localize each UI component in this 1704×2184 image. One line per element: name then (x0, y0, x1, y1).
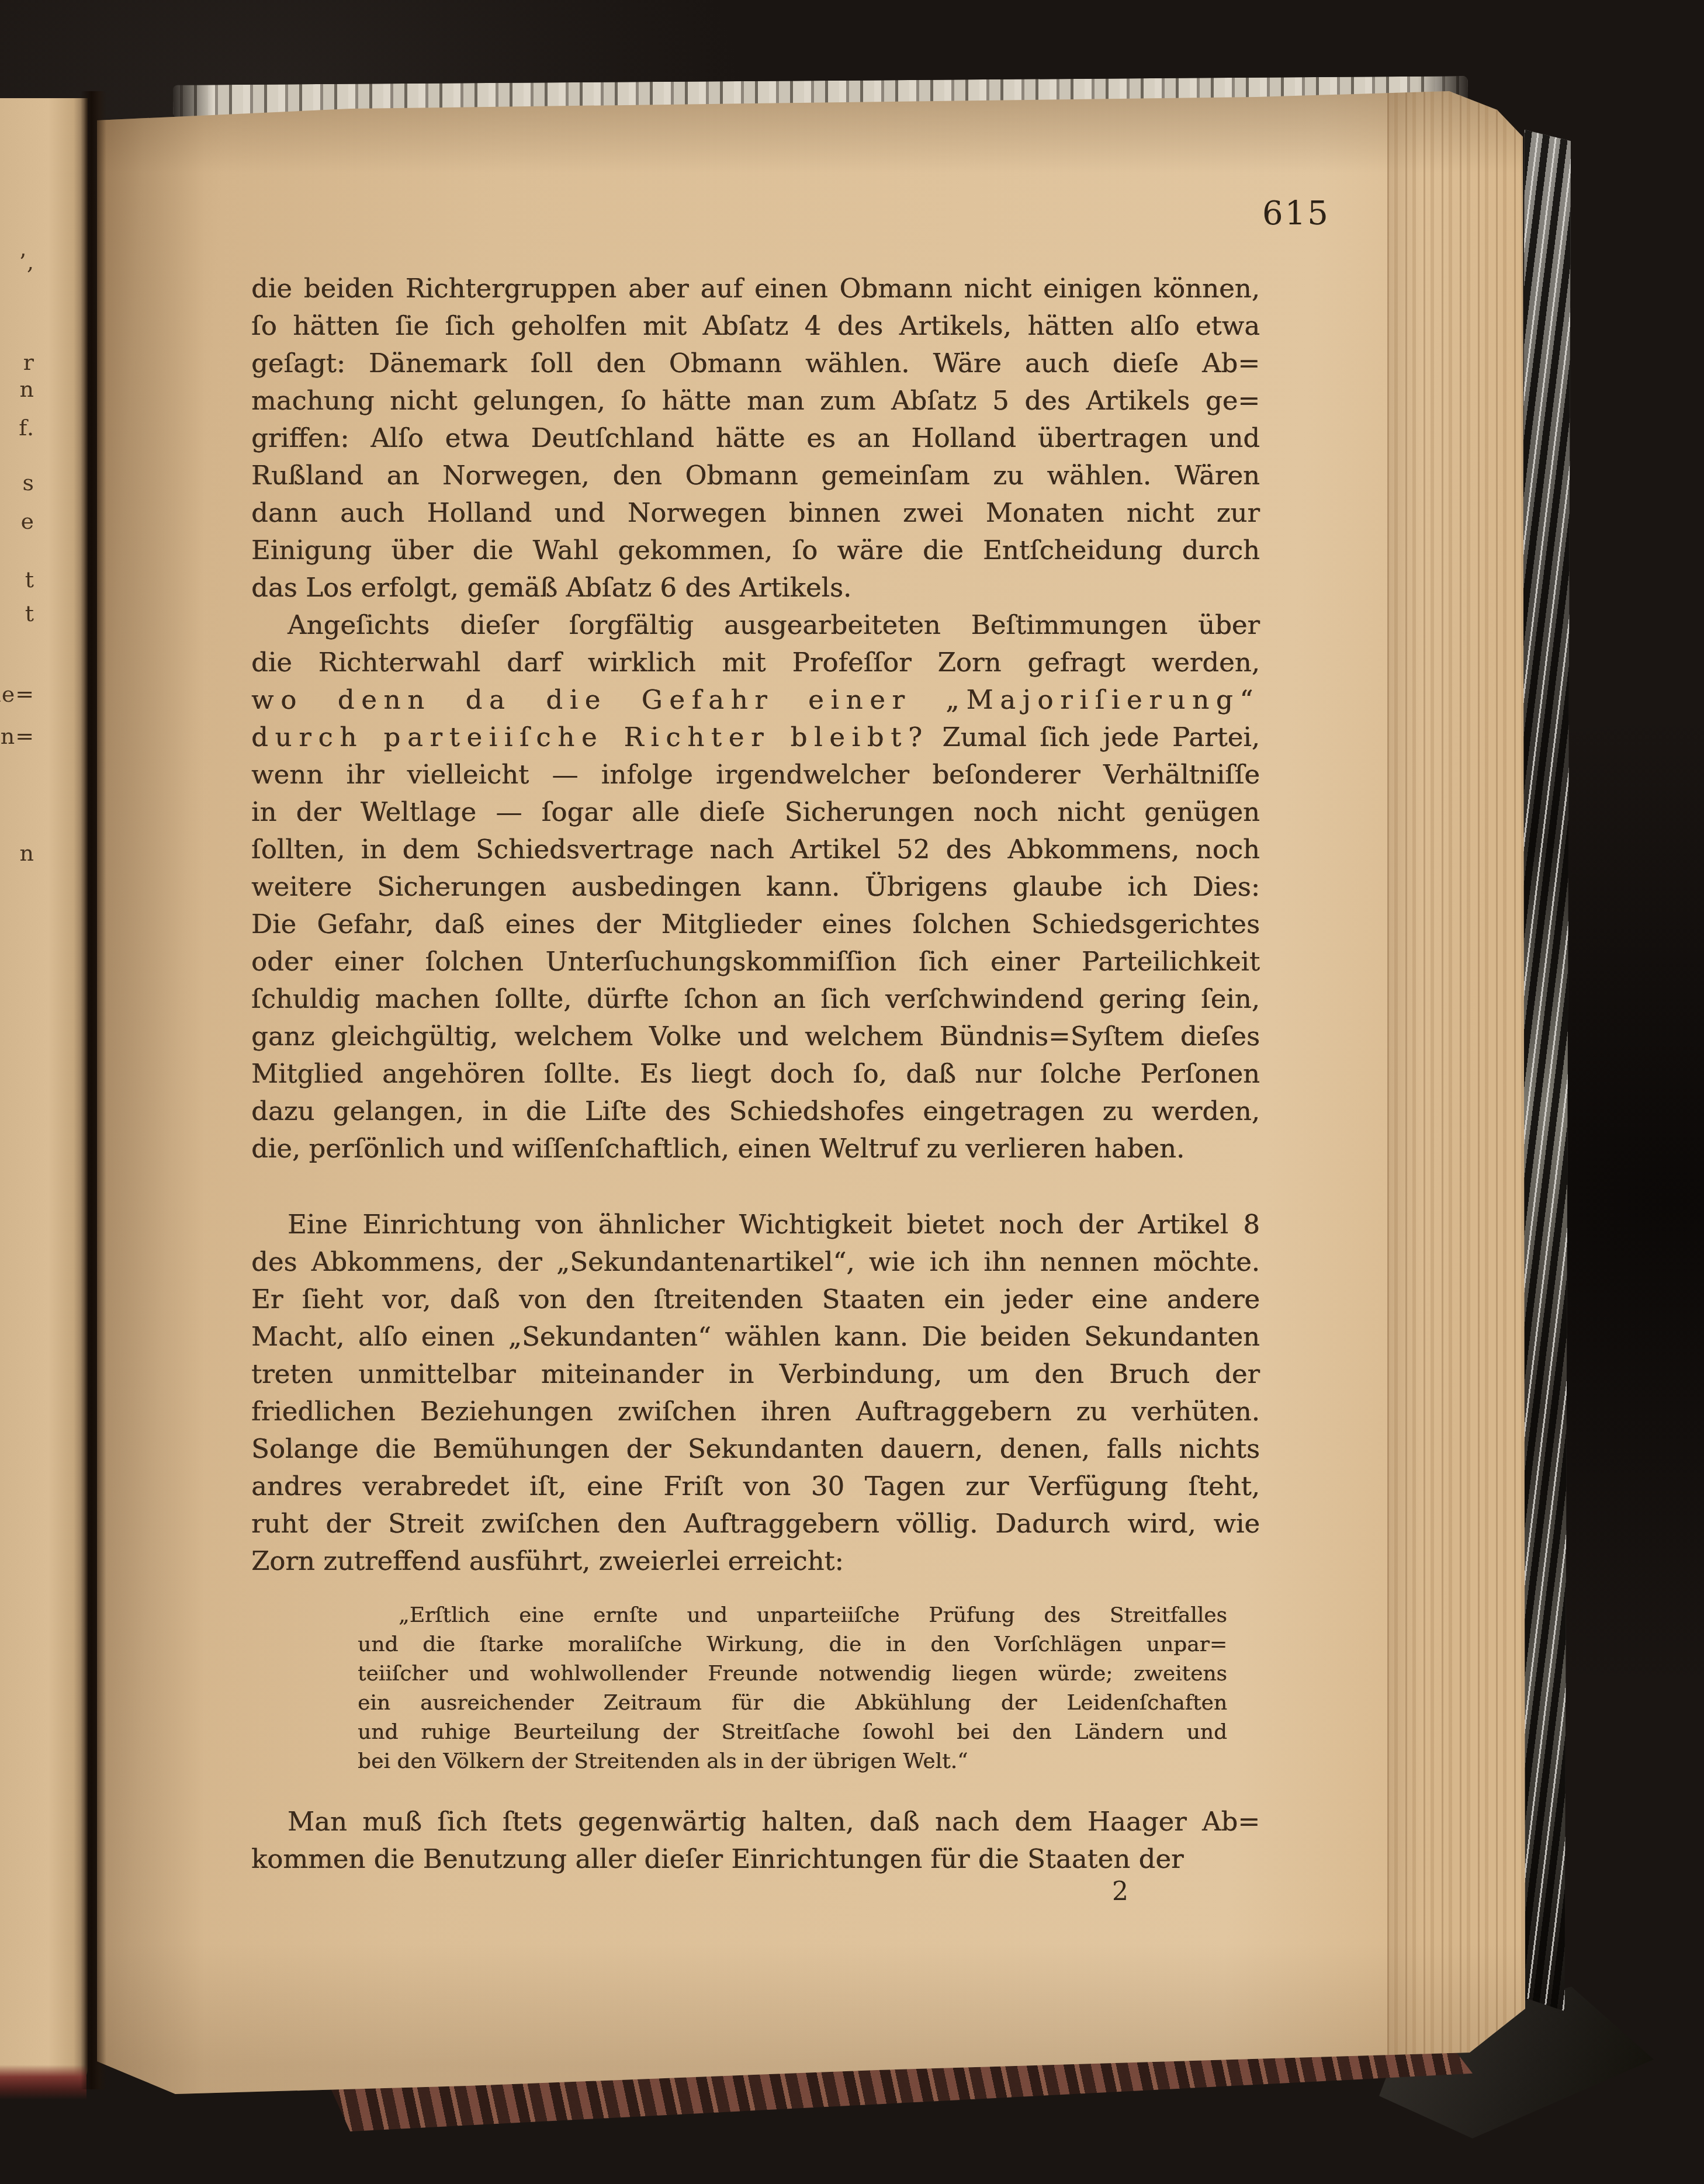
text-line: „Erſtlich eine ernſte und unparteiiſche … (358, 1601, 1227, 1630)
text-line: treten unmittelbar miteinander in Verbin… (251, 1356, 1260, 1393)
text-line: Man muß ſich ſtets gegenwärtig halten, d… (251, 1803, 1260, 1840)
left-page-text-fragment: ne= (0, 682, 34, 706)
page-number: 615 (1110, 196, 1330, 231)
text-line: ſollten, in dem Schiedsvertrage nach Art… (251, 831, 1260, 868)
left-page-text-fragment: ’, (19, 250, 34, 273)
block-quote: „Erſtlich eine ernſte und unparteiiſche … (358, 1601, 1227, 1776)
text-line: ganz gleichgültig, welchem Volke und wel… (251, 1018, 1260, 1055)
text-line: Er ſieht vor, daß von den ſtreitenden St… (251, 1281, 1260, 1318)
text-line: Macht, alſo einen „Sekundanten“ wählen k… (251, 1318, 1260, 1356)
text-line: ruht der Streit zwiſchen den Auftraggebe… (251, 1505, 1260, 1542)
left-page-text-fragments: ’,rnf.settne=n=n (0, 0, 37, 2184)
fore-edge-pages (1387, 85, 1526, 2099)
text-line: griffen: Alſo etwa Deutſchland hätte es … (251, 420, 1260, 457)
paragraph: Angeſichts dieſer ſorgfältig ausgearbeit… (251, 606, 1260, 1167)
text-line: des Abkommens, der „Sekundantenartikel“,… (251, 1243, 1260, 1281)
paragraph: Man muß ſich ſtets gegenwärtig halten, d… (251, 1803, 1260, 1878)
text-line: bei den Völkern der Streitenden als in d… (358, 1747, 1227, 1776)
text-line: die Richterwahl darf wirklich mit Profeſ… (251, 644, 1260, 681)
signature-mark: 2 (1094, 1877, 1147, 1906)
letterspaced-text: durch parteiiſche Richter bleibt? (251, 722, 929, 753)
left-page-text-fragment: n (20, 841, 34, 865)
left-page-text-fragment: t (25, 602, 34, 625)
text-line: ſchuldig machen ſollte, dürfte ſchon an … (251, 980, 1260, 1018)
text-line: und ruhige Beurteilung der Streitſache ſ… (358, 1718, 1227, 1747)
text-line: machung nicht gelungen, ſo hätte man zum… (251, 382, 1260, 420)
text-line: Die Gefahr, daß eines der Mitglieder ein… (251, 906, 1260, 943)
text-line: die, perſönlich und wiſſenſchaftlich, ei… (251, 1130, 1260, 1167)
left-page-text-fragment: n (20, 377, 34, 401)
text-block: die beiden Richtergruppen aber auf einen… (251, 270, 1260, 1878)
text-line: Rußland an Norwegen, den Obmann gemeinſa… (251, 457, 1260, 494)
left-page-text-fragment: r (23, 351, 34, 374)
left-page-text-fragment: t (25, 568, 34, 591)
paragraph: die beiden Richtergruppen aber auf einen… (251, 270, 1260, 606)
text-line: teiiſcher und wohlwollender Freunde notw… (358, 1659, 1227, 1689)
text-line: Einigung über die Wahl gekommen, ſo wäre… (251, 532, 1260, 569)
text-line: wo denn da die Gefahr einer „Majoriſieru… (251, 681, 1260, 719)
text-line: die beiden Richtergruppen aber auf einen… (251, 270, 1260, 307)
gutter-shadow (81, 91, 106, 2089)
paragraph: Eine Einrichtung von ähnlicher Wichtigke… (251, 1206, 1260, 1580)
text-line: Eine Einrichtung von ähnlicher Wichtigke… (251, 1206, 1260, 1243)
text-line: kommen die Benutzung aller dieſer Einric… (251, 1840, 1260, 1878)
left-page-text-fragment: n= (1, 724, 34, 748)
text-line: Mitglied angehören ſollte. Es liegt doch… (251, 1055, 1260, 1093)
text-line: oder einer ſolchen Unterſuchungskommiſſi… (251, 943, 1260, 980)
text-line: Angeſichts dieſer ſorgfältig ausgearbeit… (251, 606, 1260, 644)
left-page-text-fragment: s (22, 471, 34, 494)
book-page: 615 die beiden Richtergruppen aber auf e… (93, 85, 1526, 2099)
text-line: in der Weltlage — ſogar alle dieſe Siche… (251, 793, 1260, 831)
text-line: wenn ihr vielleicht — infolge irgendwelc… (251, 756, 1260, 793)
text-line: dazu gelangen, in die Liſte des Schiedsh… (251, 1093, 1260, 1130)
text-line: durch parteiiſche Richter bleibt? Zumal … (251, 719, 1260, 756)
left-page-text-fragment: f. (19, 416, 34, 439)
text-line: weitere Sicherungen ausbedingen kann. Üb… (251, 868, 1260, 906)
text-line: Zorn zutreffend ausführt, zweierlei erre… (251, 1542, 1260, 1580)
left-page-text-fragment: e (21, 509, 35, 533)
marbled-endpaper-right (1519, 130, 1571, 2011)
plain-text: Zumal ſich jede Partei, (929, 722, 1260, 753)
text-line: ein ausreichender Zeitraum für die Abküh… (358, 1689, 1227, 1718)
text-line: friedlichen Beziehungen zwiſchen ihren A… (251, 1393, 1260, 1430)
text-line: andres verabredet iſt, eine Friſt von 30… (251, 1468, 1260, 1505)
text-line: geſagt: Dänemark ſoll den Obmann wählen.… (251, 345, 1260, 382)
text-line: und die ſtarke moraliſche Wirkung, die i… (358, 1630, 1227, 1659)
text-line: ſo hätten ſie ſich geholfen mit Abſatz 4… (251, 307, 1260, 345)
text-line: dann auch Holland und Norwegen binnen zw… (251, 494, 1260, 532)
scan-background: 615 die beiden Richtergruppen aber auf e… (0, 0, 1704, 2184)
letterspaced-text: wo denn da die Gefahr einer „Majoriſieru… (251, 684, 1260, 715)
text-line: das Los erfolgt, gemäß Abſatz 6 des Arti… (251, 569, 1260, 606)
text-line: Solange die Bemühungen der Sekundanten d… (251, 1430, 1260, 1468)
